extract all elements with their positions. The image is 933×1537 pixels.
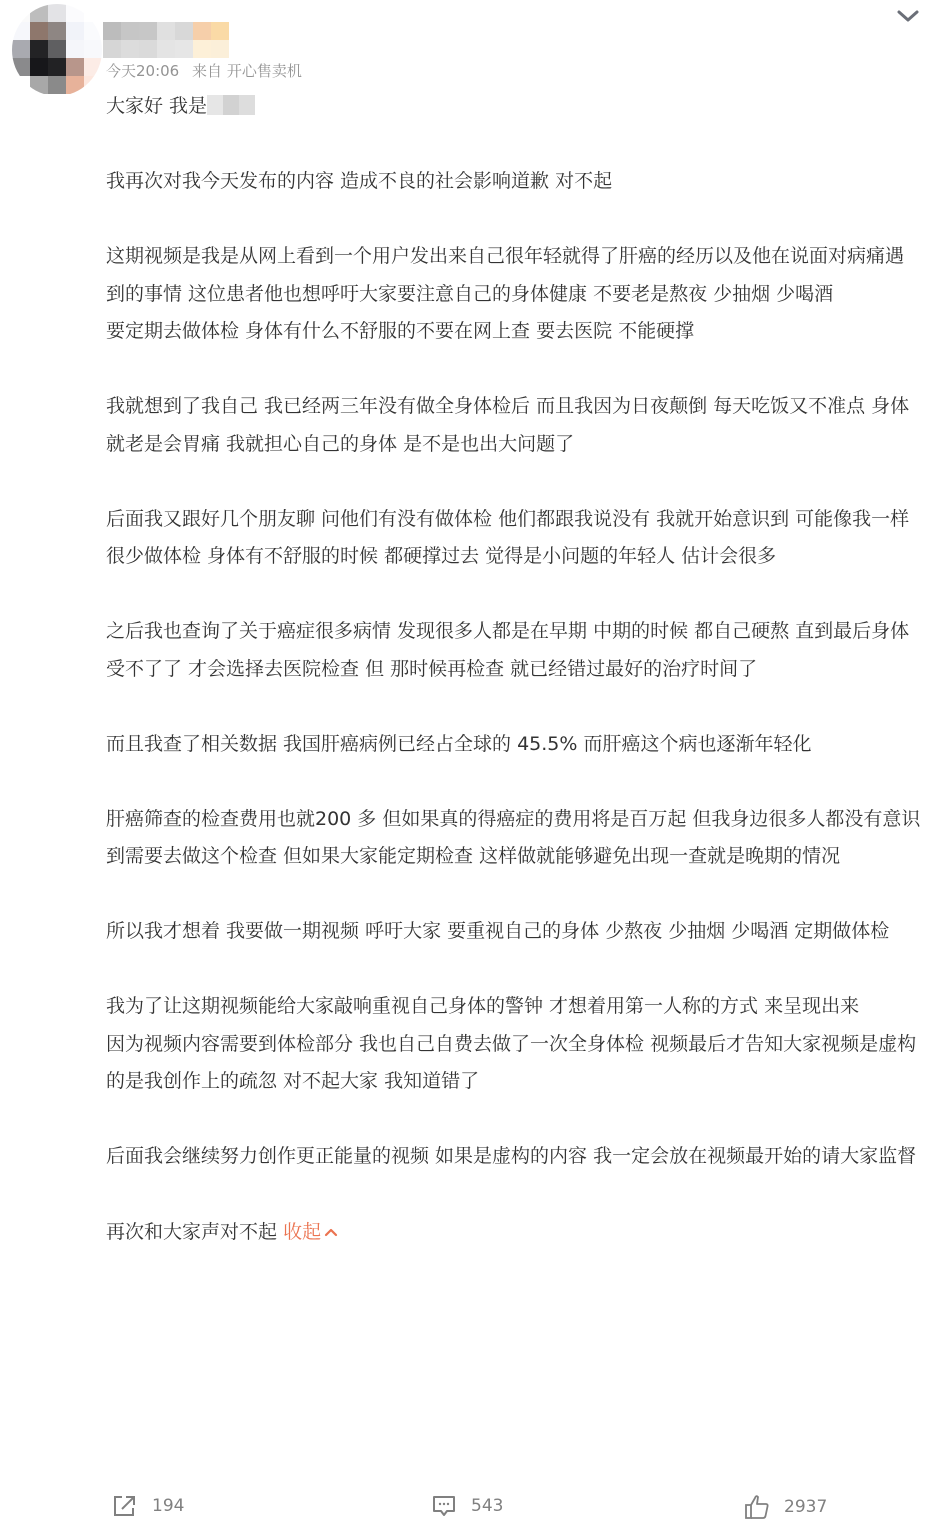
like-button[interactable]: 2937 [744,1494,827,1520]
comment-count: 543 [471,1496,503,1516]
paragraph: 再次和大家声对不起 收起 [106,1213,921,1252]
post-source: 开心售卖机 [227,62,302,80]
author-name[interactable] [103,22,229,58]
comment-icon [431,1494,457,1518]
paragraph: 之后我也查询了关于癌症很多病情 发现很多人都是在早期 中期的时候 都自己硬熬 直… [106,613,921,688]
post-content: 大家好 我是 我再次对我今天发布的内容 造成不良的社会影响道歉 对不起 这期视频… [106,88,921,1289]
post-meta: 今天20:06 来自 开心售卖机 [106,60,302,81]
chevron-down-icon [893,6,923,28]
source-prefix: 来自 [192,62,222,80]
repost-button[interactable]: 194 [112,1494,184,1518]
repost-count: 194 [152,1496,184,1516]
paragraph: 所以我才想着 我要做一期视频 呼吁大家 要重视自己的身体 少熬夜 少抽烟 少喝酒… [106,913,921,951]
post-timestamp[interactable]: 今天20:06 [106,62,179,80]
paragraph: 后面我会继续努力创作更正能量的视频 如果是虚构的内容 我一定会放在视频最开始的请… [106,1138,921,1176]
paragraph: 要定期去做体检 身体有什么不舒服的不要在网上查 要去医院 不能硬撑 [106,313,921,351]
paragraph: 后面我又跟好几个朋友聊 问他们有没有做体检 他们都跟我说没有 我就开始意识到 可… [106,501,921,576]
action-bar: 194 543 2937 [0,1494,933,1524]
avatar[interactable] [12,4,102,96]
thumbs-up-icon [744,1494,770,1520]
paragraph: 而且我查了相关数据 我国肝癌病例已经占全球的 45.5% 而肝癌这个病也逐渐年轻… [106,726,921,764]
chevron-up-icon [324,1213,338,1251]
paragraph: 我就想到了我自己 我已经两三年没有做全身体检后 而且我因为日夜颠倒 每天吃饭又不… [106,388,921,463]
paragraph: 因为视频内容需要到体检部分 我也自己自费去做了一次全身体检 视频最后才告知大家视… [106,1026,921,1101]
like-count: 2937 [784,1497,827,1517]
paragraph: 大家好 我是 [106,88,921,126]
paragraph: 我再次对我今天发布的内容 造成不良的社会影响道歉 对不起 [106,163,921,201]
paragraph: 肝癌筛查的检查费用也就200 多 但如果真的得癌症的费用将是百万起 但我身边很多… [106,801,921,876]
collapse-link[interactable]: 收起 [283,1221,338,1243]
paragraph: 这期视频是我是从网上看到一个用户发出来自己很年轻就得了肝癌的经历以及他在说面对病… [106,238,921,313]
share-icon [112,1494,138,1518]
redacted-name [207,95,255,115]
paragraph: 我为了让这期视频能给大家敲响重视自己身体的警钟 才想着用第一人称的方式 来呈现出… [106,988,921,1026]
comment-button[interactable]: 543 [431,1494,503,1518]
more-options-button[interactable] [893,6,923,28]
